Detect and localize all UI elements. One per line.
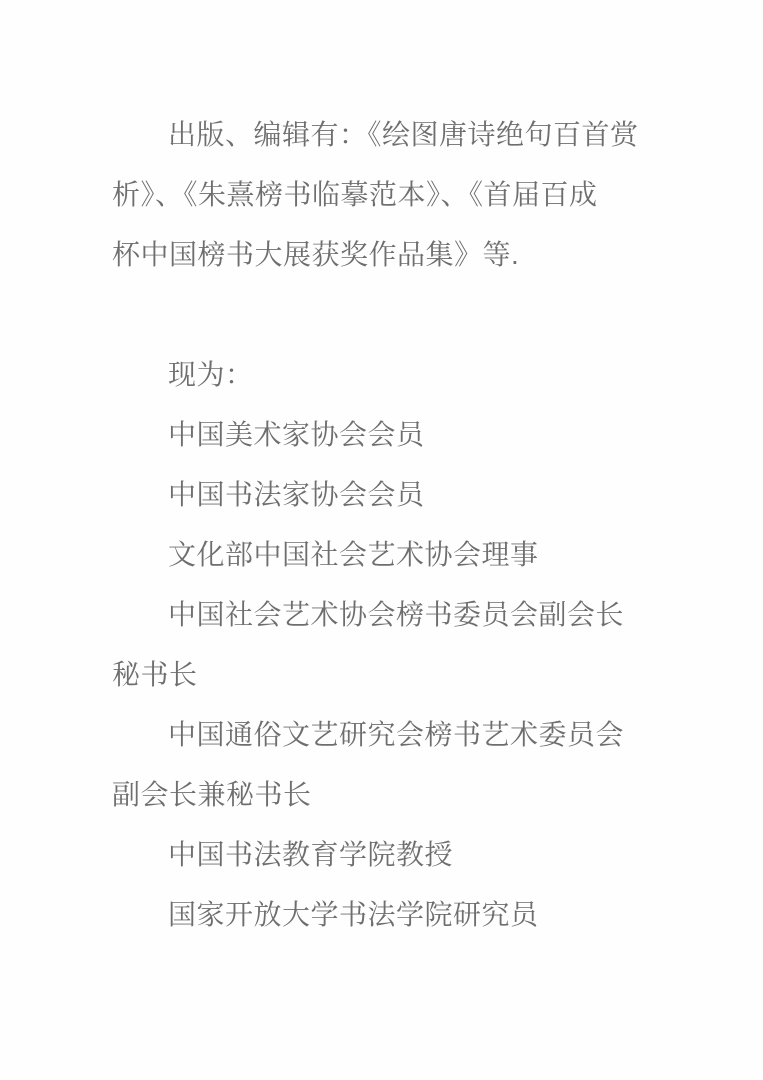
text-line: 中国美术家协会会员 xyxy=(112,405,652,465)
paragraph: 中国通俗文艺研究会榜书艺术委员会副会长兼秘书长 xyxy=(112,705,652,825)
paragraph: 现为： xyxy=(112,345,652,405)
paragraph: 中国美术家协会会员 xyxy=(112,405,652,465)
text-line: 中国通俗文艺研究会榜书艺术委员会 xyxy=(112,705,652,765)
text-line: 国家开放大学书法学院研究员 xyxy=(112,885,652,945)
paragraph: 中国社会艺术协会榜书委员会副会长秘书长 xyxy=(112,585,652,705)
text-line: 文化部中国社会艺术协会理事 xyxy=(112,525,652,585)
text-line: 中国书法教育学院教授 xyxy=(112,825,652,885)
text-line: 秘书长 xyxy=(112,645,652,705)
paragraph: 中国书法家协会会员 xyxy=(112,465,652,525)
document-content: 出版、编辑有：《绘图唐诗绝句百首赏析》、《朱熹榜书临摹范本》、《首届百成杯中国榜… xyxy=(112,105,652,945)
text-line: 中国书法家协会会员 xyxy=(112,465,652,525)
text-line: 杯中国榜书大展获奖作品集》等. xyxy=(112,225,652,285)
blank-line xyxy=(112,285,652,345)
text-line: 出版、编辑有：《绘图唐诗绝句百首赏 xyxy=(112,105,652,165)
paragraph: 出版、编辑有：《绘图唐诗绝句百首赏析》、《朱熹榜书临摹范本》、《首届百成杯中国榜… xyxy=(112,105,652,285)
text-line: 副会长兼秘书长 xyxy=(112,765,652,825)
text-line: 中国社会艺术协会榜书委员会副会长 xyxy=(112,585,652,645)
paragraph: 中国书法教育学院教授 xyxy=(112,825,652,885)
paragraph: 国家开放大学书法学院研究员 xyxy=(112,885,652,945)
text-line: 析》、《朱熹榜书临摹范本》、《首届百成 xyxy=(112,165,652,225)
paragraph: 文化部中国社会艺术协会理事 xyxy=(112,525,652,585)
paragraph-spacer xyxy=(112,285,652,345)
text-line: 现为： xyxy=(112,345,652,405)
document-page: 出版、编辑有：《绘图唐诗绝句百首赏析》、《朱熹榜书临摹范本》、《首届百成杯中国榜… xyxy=(0,0,763,1080)
